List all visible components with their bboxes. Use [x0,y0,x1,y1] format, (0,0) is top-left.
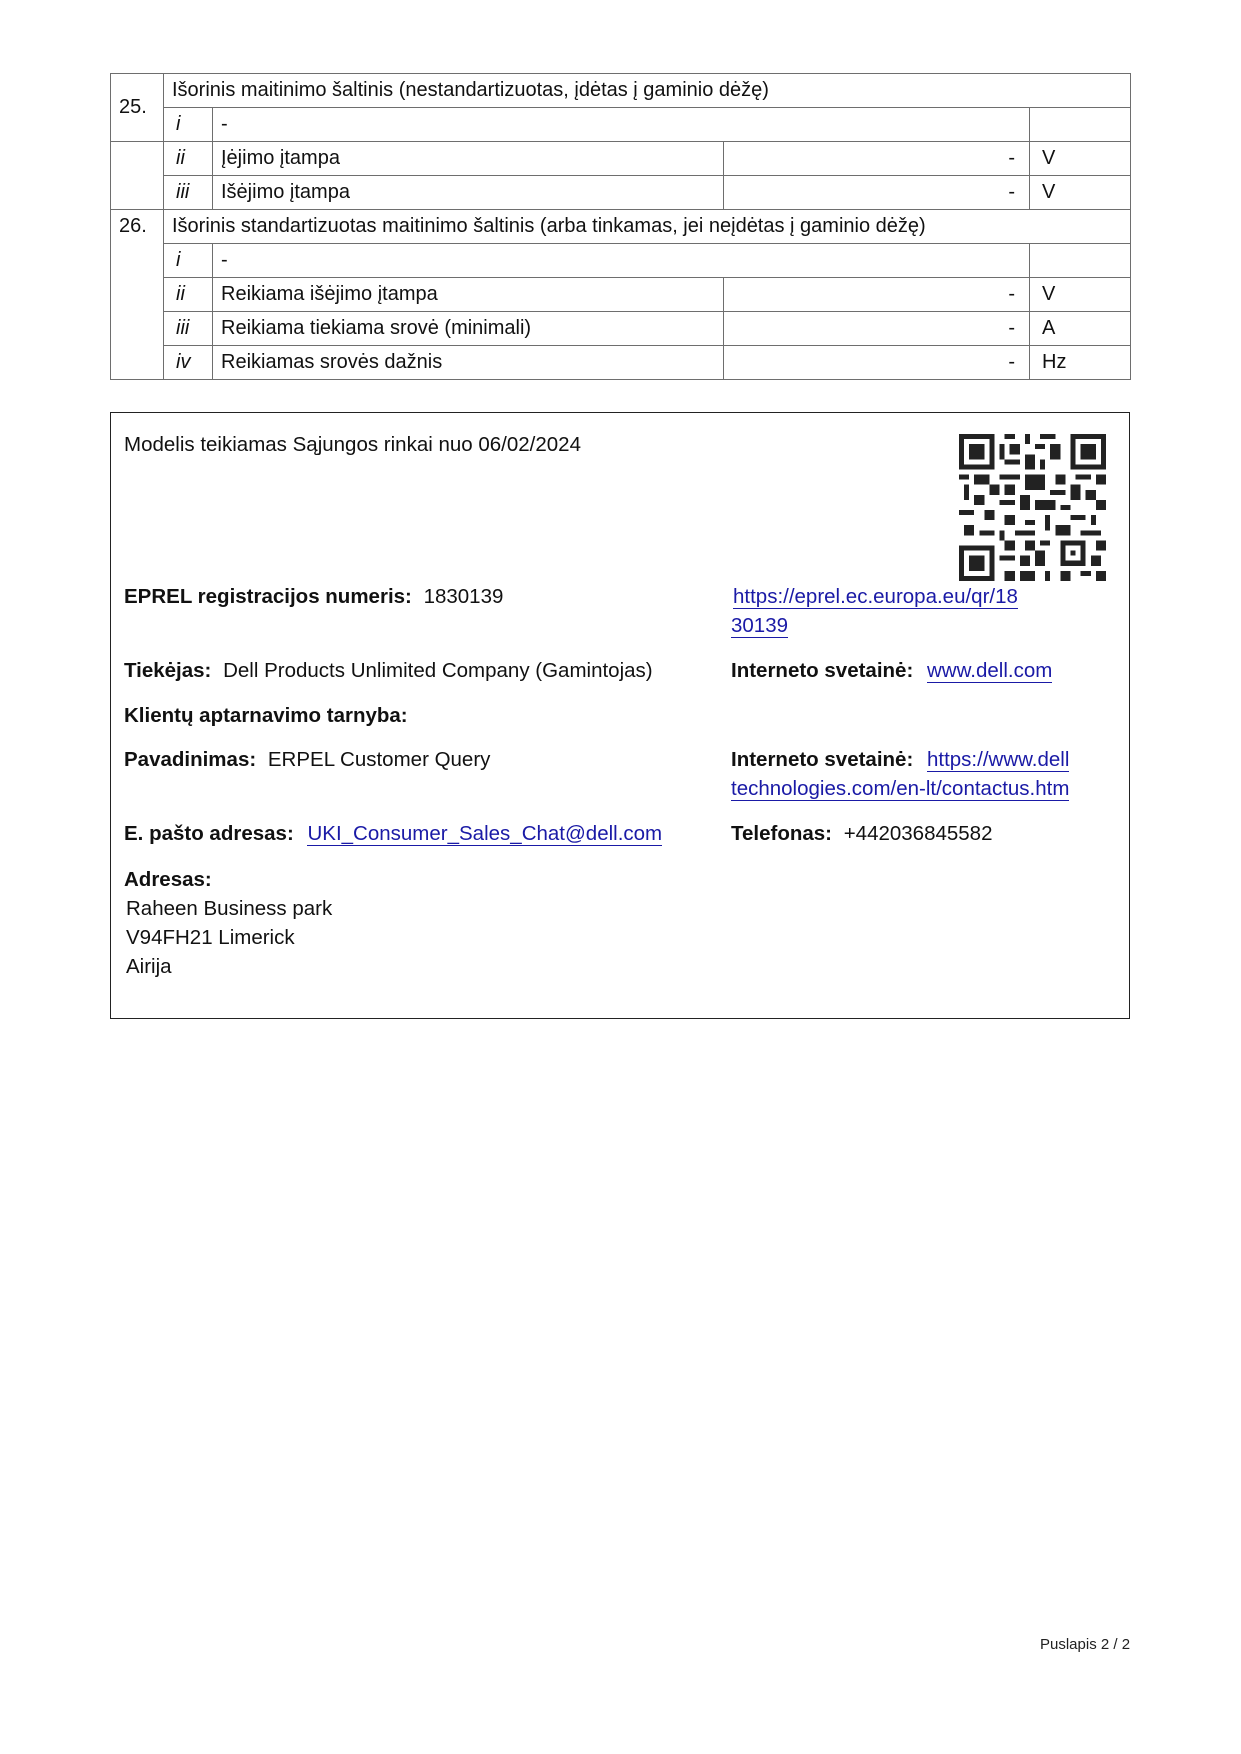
row-label: Išėjimo įtampa [213,176,724,210]
table-row: i - [111,108,1131,142]
section-number: 26. [111,210,164,380]
supplier-value: Dell Products Unlimited Company (Gaminto… [223,659,653,682]
table-row: iii Reikiama tiekiama srovė (minimali) -… [111,312,1131,346]
row-label: - [213,244,1030,278]
row-unit: A [1030,312,1131,346]
address-line: Airija [126,955,172,979]
row-unit [1030,108,1131,142]
phone-value: +442036845582 [844,822,993,845]
product-info-box: Modelis teikiamas Sąjungos rinkai nuo 06… [110,412,1130,1019]
address-line: V94FH21 Limerick [126,926,295,950]
row-index: i [164,244,213,278]
email-link[interactable]: UKI_Consumer_Sales_Chat@dell.com [307,822,662,846]
section-title: Išorinis maitinimo šaltinis (nestandarti… [164,74,1131,108]
website-label: Interneto svetainė: [731,659,913,682]
row-index: ii [164,278,213,312]
qr-code-icon[interactable] [959,434,1106,581]
row-index: i [164,108,213,142]
table-row: 26. Išorinis standartizuotas maitinimo š… [111,210,1131,244]
table-row: ii Įėjimo įtampa - V [111,142,1131,176]
address-label: Adresas: [124,868,212,892]
row-unit [1030,244,1131,278]
row-value: - [724,278,1030,312]
cs-website-label: Interneto svetainė: [731,748,913,771]
page-number: Puslapis 2 / 2 [1040,1636,1130,1653]
section-number: 25. [111,74,164,142]
row-value: - [724,346,1030,380]
name-value: ERPEL Customer Query [268,748,491,771]
row-label: Reikiamas srovės dažnis [213,346,724,380]
row-label: Įėjimo įtampa [213,142,724,176]
table-row: iii Išėjimo įtampa - V [111,176,1131,210]
section-title: Išorinis standartizuotas maitinimo šalti… [164,210,1131,244]
name-label: Pavadinimas: [124,748,256,771]
market-date-text: Modelis teikiamas Sąjungos rinkai nuo 06… [124,433,581,457]
row-unit: V [1030,142,1131,176]
eprel-link[interactable]: https://eprel.ec.europa.eu/qr/18 [733,585,1018,609]
eprel-link-continued[interactable]: 30139 [731,614,788,638]
customer-service-heading: Klientų aptarnavimo tarnyba: [124,704,408,728]
row-index: iv [164,346,213,380]
row-label: - [213,108,1030,142]
row-index: ii [164,142,213,176]
website-link[interactable]: www.dell.com [927,659,1052,683]
row-label: Reikiama išėjimo įtampa [213,278,724,312]
table-row: iv Reikiamas srovės dažnis - Hz [111,346,1131,380]
row-label: Reikiama tiekiama srovė (minimali) [213,312,724,346]
cs-website-link-continued[interactable]: technologies.com/en-lt/contactus.htm [731,777,1069,801]
row-index: iii [164,176,213,210]
email-label: E. pašto adresas: [124,822,294,845]
address-line: Raheen Business park [126,897,332,921]
eprel-label: EPREL registracijos numeris: [124,585,412,608]
cs-website-link[interactable]: https://www.dell [927,748,1069,772]
section-number-empty [111,142,164,210]
row-value: - [724,142,1030,176]
table-row: ii Reikiama išėjimo įtampa - V [111,278,1131,312]
row-unit: V [1030,176,1131,210]
eprel-number: 1830139 [424,585,504,608]
power-supply-spec-table: 25. Išorinis maitinimo šaltinis (nestand… [110,73,1131,380]
table-row: 25. Išorinis maitinimo šaltinis (nestand… [111,74,1131,108]
row-unit: Hz [1030,346,1131,380]
row-unit: V [1030,278,1131,312]
phone-label: Telefonas: [731,822,832,845]
row-value: - [724,176,1030,210]
row-index: iii [164,312,213,346]
supplier-label: Tiekėjas: [124,659,211,682]
table-row: i - [111,244,1131,278]
row-value: - [724,312,1030,346]
